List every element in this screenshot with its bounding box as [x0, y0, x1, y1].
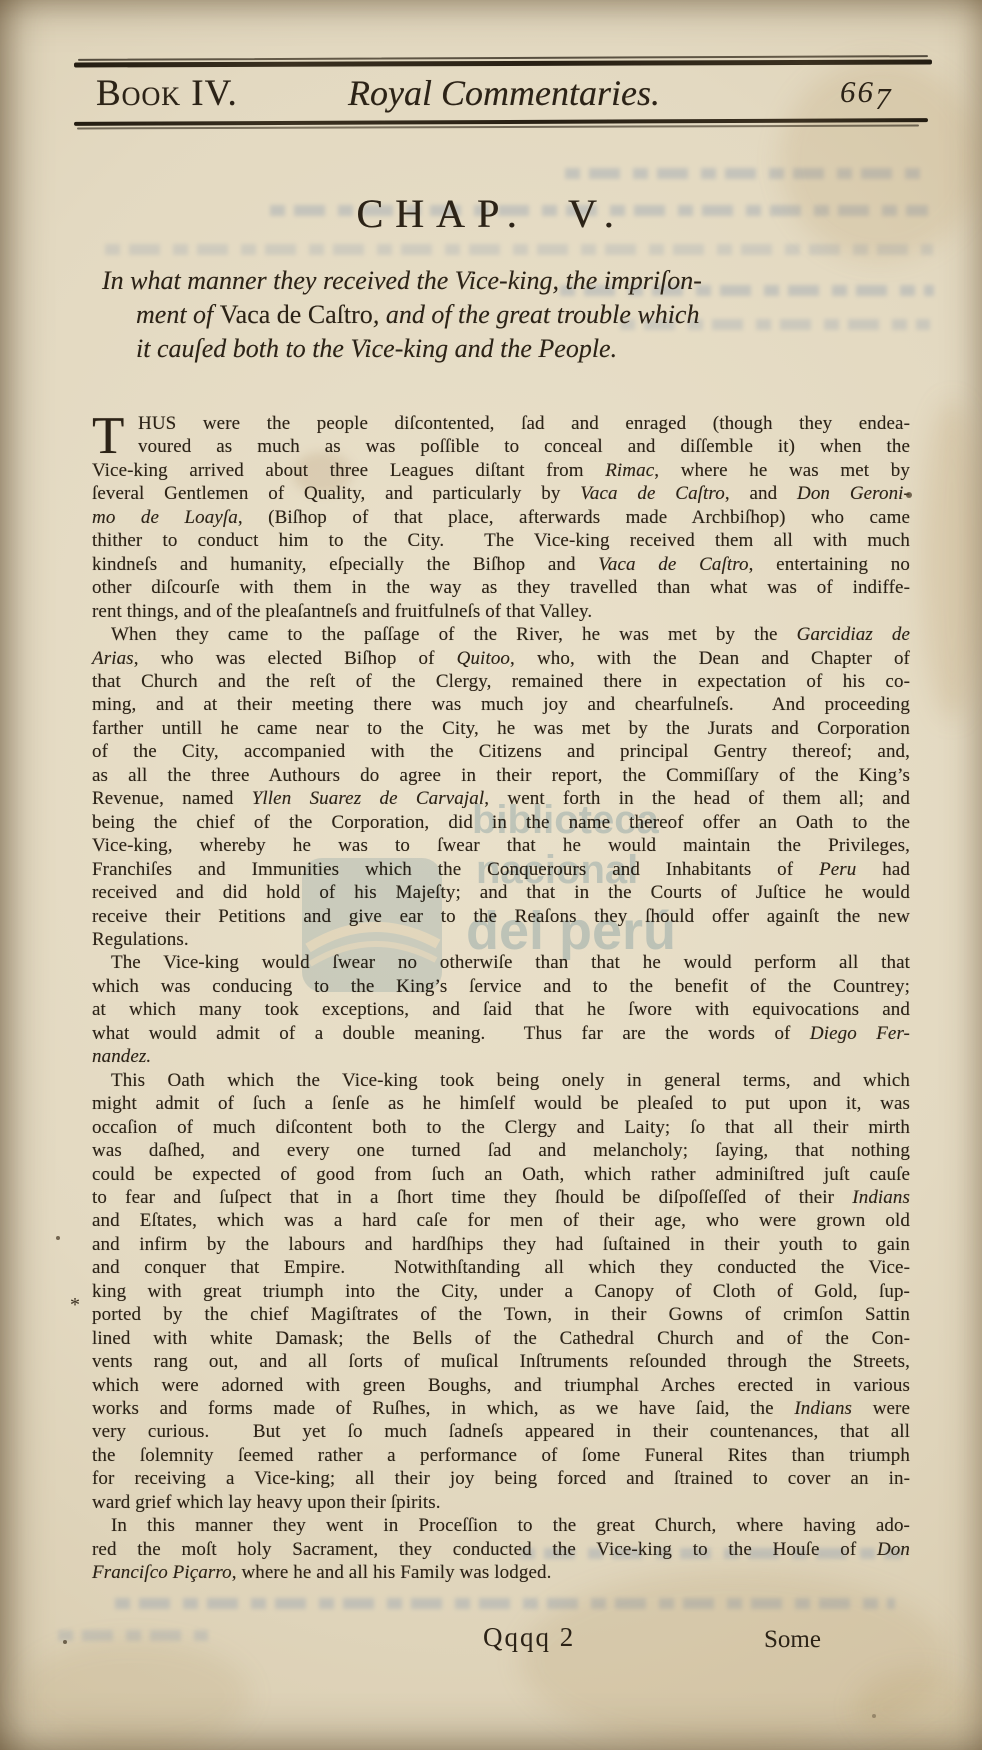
body-text: THUS were the people diſcontented, ſad a… [92, 412, 910, 1585]
text-line: received and did hold of his Majeſty; an… [92, 881, 910, 904]
text-line: might admit of ſuch a ſenſe as he himſel… [92, 1092, 910, 1115]
text-run: the ſolemnity ſeemed rather a performanc… [92, 1445, 910, 1466]
text-run: had [856, 859, 910, 880]
text-run: ming, and at their meeting there was muc… [92, 694, 910, 715]
text-run: In this manner they went in Proceſſion t… [111, 1515, 910, 1536]
text-run: received and did hold of his Majeſty; an… [92, 882, 910, 903]
book-label: Book IV. [96, 72, 238, 115]
text-run: Vice-king arrived about three Leagues di… [92, 460, 605, 481]
text-run: works and forms made of Ruſhes, in which… [92, 1398, 794, 1419]
text-run: it cauſed both to the Vice-king and the … [136, 334, 617, 363]
text-line: the ſolemnity ſeemed rather a performanc… [92, 1444, 910, 1467]
margin-asterisk: * [70, 1294, 80, 1317]
text-run: The Vice-king would ſwear no otherwiſe t… [111, 952, 910, 973]
text-line: Regulations. [92, 928, 910, 951]
text-run: mo de Loayſa [92, 507, 238, 528]
text-run: ward grief which lay heavy upon their ſp… [92, 1492, 441, 1513]
text-line: HUS were the people diſcontented, ſad an… [92, 412, 910, 435]
text-run: kindneſs and humanity, eſpecially the Bi… [92, 554, 598, 575]
text-line: ward grief which lay heavy upon their ſp… [92, 1491, 910, 1514]
text-run: Don Geroni- [797, 483, 910, 504]
text-run: nandez. [92, 1046, 151, 1067]
text-line: king with great triumph into the City, u… [92, 1280, 910, 1303]
text-run: Vaca de Caſtro [220, 300, 373, 329]
margin-dot [906, 492, 912, 498]
text-run: Yllen Suarez de Carvajal [252, 788, 485, 809]
drop-cap: T [92, 414, 124, 458]
paper-speck [872, 1714, 876, 1718]
text-run: Franciſco Piçarro [92, 1562, 232, 1583]
text-line: nandez. [92, 1045, 910, 1068]
argument-line: it cauſed both to the Vice-king and the … [102, 332, 902, 366]
text-line: at which many took exceptions, and ſaid … [92, 998, 910, 1021]
margin-dot [63, 1640, 67, 1644]
text-line: was daſhed, and every one turned ſad and… [92, 1139, 910, 1162]
text-run: ſeveral Gentlemen of Quality, and partic… [92, 483, 580, 504]
text-run: occaſion of much diſcontent both to the … [92, 1117, 910, 1138]
chapter-argument: In what manner they received the Vice-ki… [102, 264, 902, 366]
text-run: , entertaining no [749, 554, 910, 575]
text-run: to fear and ſuſpect that in a ſhort time… [92, 1187, 852, 1208]
text-run: , who was elected Biſhop of [134, 648, 457, 669]
text-line: for receiving a Vice-king; all their joy… [92, 1467, 910, 1490]
text-run: Revenue, named [92, 788, 252, 809]
text-run: ment of [136, 300, 220, 329]
text-line: that Church and the reſt of the Clergy, … [92, 670, 910, 693]
text-line: Vice-king arrived about three Leagues di… [92, 459, 910, 482]
text-line: occaſion of much diſcontent both to the … [92, 1116, 910, 1139]
text-run: , where he and all his Family was lodged… [232, 1562, 552, 1583]
text-line: This Oath which the Vice-king took being… [92, 1069, 910, 1092]
text-line: ming, and at their meeting there was muc… [92, 693, 910, 716]
text-line: When they came to the paſſage of the Riv… [92, 623, 910, 646]
text-line: In this manner they went in Proceſſion t… [92, 1514, 910, 1537]
text-run: could be expected of good from ſuch an O… [92, 1164, 910, 1185]
text-run: Diego Fer- [810, 1023, 910, 1044]
page-number: 667 [840, 74, 893, 110]
argument-line: In what manner they received the Vice-ki… [102, 264, 902, 298]
text-run: very curious. But yet ſo much ſadneſs ap… [92, 1421, 910, 1442]
text-line: Revenue, named Yllen Suarez de Carvajal,… [92, 787, 910, 810]
text-line: rent things, and of the pleaſantneſs and… [92, 600, 910, 623]
text-run: HUS were the people diſcontented, ſad an… [138, 413, 910, 434]
text-run: and Eſtates, which was a hard caſe for m… [92, 1210, 910, 1231]
text-line: and infirm by the labours and hardſhips … [92, 1233, 910, 1256]
text-line: as all the three Authours do agree in th… [92, 764, 910, 787]
text-line: The Vice-king would ſwear no otherwiſe t… [92, 951, 910, 974]
text-run: , and of the great trouble which [373, 300, 700, 329]
text-line: thither to conduct him to the City. The … [92, 529, 910, 552]
text-line: which was conducing to the King’s ſervic… [92, 975, 910, 998]
signature-mark: Qqqq 2 [483, 1622, 575, 1653]
text-run: , where he was met by [654, 460, 910, 481]
text-run: vents rang out, and all ſorts of muſical… [92, 1351, 910, 1372]
text-line: receive their Petitions and give ear to … [92, 905, 910, 928]
text-run: Quitoo [457, 648, 510, 669]
text-line: to fear and ſuſpect that in a ſhort time… [92, 1186, 910, 1209]
text-run: of the City, accompanied with the Citize… [92, 741, 910, 762]
text-line: very curious. But yet ſo much ſadneſs ap… [92, 1420, 910, 1443]
text-run: and conquer that Empire. Notwithſtanding… [92, 1257, 910, 1278]
text-line: works and forms made of Ruſhes, in which… [92, 1397, 910, 1420]
text-line: vents rang out, and all ſorts of muſical… [92, 1350, 910, 1373]
text-line: Vice-king, whereby he was to ſwear that … [92, 834, 910, 857]
text-line: voured as much as was poſſible to concea… [92, 435, 910, 458]
text-line: could be expected of good from ſuch an O… [92, 1163, 910, 1186]
text-line: what would admit of a double meaning. Th… [92, 1022, 910, 1045]
text-line: being the chief of the Corporation, did … [92, 811, 910, 834]
text-line: red the moſt holy Sacrament, they conduc… [92, 1538, 910, 1561]
text-run: at which many took exceptions, and ſaid … [92, 999, 910, 1020]
text-line: of the City, accompanied with the Citize… [92, 740, 910, 763]
text-run: Arias [92, 648, 134, 669]
text-run: thither to conduct him to the City. The … [92, 530, 910, 551]
paper-stain [20, 1640, 250, 1750]
text-run: Don [877, 1539, 910, 1560]
text-run: , and [725, 483, 797, 504]
text-line: other diſcourſe with them in the way as … [92, 576, 910, 599]
text-run: king with great triumph into the City, u… [92, 1281, 910, 1302]
text-line: Franchiſes and Immunities which the Conq… [92, 858, 910, 881]
text-run: Indians [794, 1398, 852, 1419]
catchword: Some [764, 1626, 821, 1654]
text-run: were [852, 1398, 910, 1419]
argument-line: ment of Vaca de Caſtro, and of the great… [102, 298, 902, 332]
margin-dot [56, 1236, 60, 1240]
chapter-heading: CHAP. V. [0, 190, 982, 237]
text-line: and Eſtates, which was a hard caſe for m… [92, 1209, 910, 1232]
text-line: kindneſs and humanity, eſpecially the Bi… [92, 553, 910, 576]
text-line: ported by the chief Magiſtrates of the T… [92, 1303, 910, 1326]
text-line: which were adorned with green Boughs, an… [92, 1374, 910, 1397]
text-run: Vaca de Caſtro [580, 483, 725, 504]
text-run: Rimac [605, 460, 654, 481]
text-line: ſeveral Gentlemen of Quality, and partic… [92, 482, 910, 505]
text-line: Arias, who was elected Biſhop of Quitoo,… [92, 647, 910, 670]
text-run: Regulations. [92, 929, 189, 950]
text-run: other diſcourſe with them in the way as … [92, 577, 910, 598]
paper-stain [922, 400, 982, 720]
text-run: that Church and the reſt of the Clergy, … [92, 671, 910, 692]
text-run: In what manner they received the Vice-ki… [102, 266, 702, 295]
text-run: , went forth in the head of them all; an… [484, 788, 910, 809]
book-page-scan: Book IV. Royal Commentaries. 667 CHAP. V… [0, 0, 982, 1750]
text-run: and infirm by the labours and hardſhips … [92, 1234, 910, 1255]
paper-stain [855, 1670, 980, 1745]
text-run: , who, with the Dean and Chapter of [510, 648, 910, 669]
text-run: Vice-king, whereby he was to ſwear that … [92, 835, 910, 856]
text-run: Vaca de Caſtro [598, 554, 748, 575]
text-run: Garcidiaz de [797, 624, 910, 645]
text-run: receive their Petitions and give ear to … [92, 906, 910, 927]
text-run: as all the three Authours do agree in th… [92, 765, 910, 786]
showthrough-line [105, 244, 933, 255]
text-line: farther untill he came near to the City,… [92, 717, 910, 740]
text-line: lined with white Damask; the Bells of th… [92, 1327, 910, 1350]
text-run: might admit of ſuch a ſenſe as he himſel… [92, 1093, 910, 1114]
text-run: voured as much as was poſſible to concea… [138, 436, 910, 457]
text-run: lined with white Damask; the Bells of th… [92, 1328, 910, 1349]
text-line: and conquer that Empire. Notwithſtanding… [92, 1256, 910, 1279]
text-run: ported by the chief Magiſtrates of the T… [92, 1304, 910, 1325]
text-run: being the chief of the Corporation, did … [92, 812, 910, 833]
text-run: what would admit of a double meaning. Th… [92, 1023, 810, 1044]
text-run: which was conducing to the King’s ſervic… [92, 976, 910, 997]
text-line: mo de Loayſa, (Biſhop of that place, aft… [92, 506, 910, 529]
text-run: red the moſt holy Sacrament, they conduc… [92, 1539, 877, 1560]
text-run: farther untill he came near to the City,… [92, 718, 910, 739]
text-run: This Oath which the Vice-king took being… [111, 1070, 910, 1091]
running-title: Royal Commentaries. [348, 72, 660, 114]
text-run: rent things, and of the pleaſantneſs and… [92, 601, 592, 622]
text-run: Peru [819, 859, 856, 880]
text-run: which were adorned with green Boughs, an… [92, 1375, 910, 1396]
text-run: for receiving a Vice-king; all their joy… [92, 1468, 910, 1489]
text-run: , (Biſhop of that place, afterwards made… [238, 507, 910, 528]
text-run: Indians [852, 1187, 910, 1208]
text-run: was daſhed, and every one turned ſad and… [92, 1140, 910, 1161]
header-rule-top [74, 60, 932, 68]
text-run: Franchiſes and Immunities which the Conq… [92, 859, 819, 880]
text-run: When they came to the paſſage of the Riv… [111, 624, 797, 645]
text-line: Franciſco Piçarro, where he and all his … [92, 1561, 910, 1584]
